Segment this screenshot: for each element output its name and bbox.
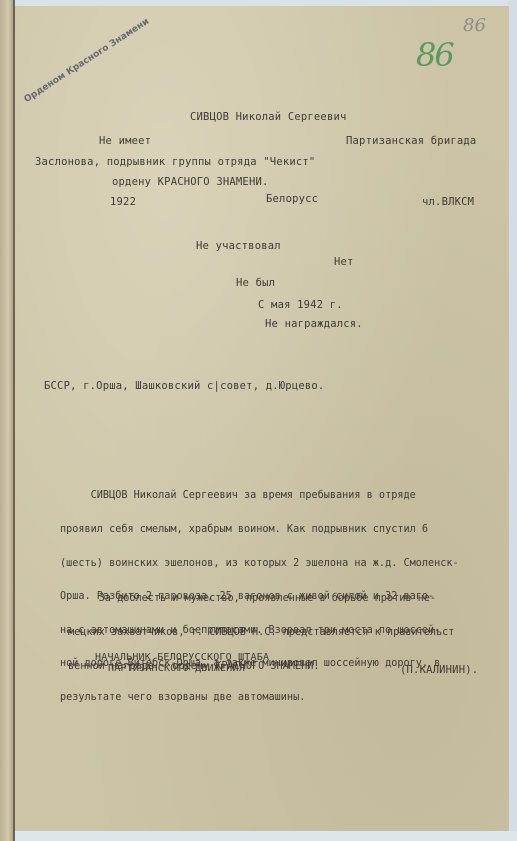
narrative-line: (шесть) воинских эшелонов, из которых 2 … [60, 558, 459, 569]
field-civil-war: Не участвовал [196, 240, 281, 252]
soldier-name: СИВЦОВ Николай Сергеевич [190, 111, 347, 123]
signature-title-line2: ПАРТИЗАНСКОГО ДВИЖЕНИЯ [108, 663, 245, 674]
narrative-line: За доблесть и мужество, проявленные в бо… [68, 593, 454, 604]
field-unit-line1: Партизанская бригада [346, 135, 476, 147]
field-award: ордену КРАСНОГО ЗНАМЕНИ. [112, 176, 269, 188]
narrative-line: СИВЦОВ Николай Сергеевич за время пребыв… [60, 490, 459, 501]
binder-edge [0, 0, 14, 841]
field-service-since: С мая 1942 г. [258, 299, 343, 311]
signature-title-line1: НАЧАЛЬНИК БЕЛОРУССКОГО ШТАБА [95, 652, 269, 663]
field-birth-year: 1922 [110, 196, 136, 208]
narrative-line: проявил себя смелым, храбрым воином. Как… [60, 524, 459, 535]
narrative-line: мецких захватчиков, т. СИВЦОВ Н.С. предс… [68, 627, 454, 638]
field-home-address: БССР, г.Орша, Шашковский с|совет, д.Юрце… [44, 380, 324, 392]
folio-number-pencil: 86 [463, 15, 486, 36]
scan-background-right [508, 0, 517, 841]
field-rank: Не имеет [99, 135, 151, 147]
field-unit-line2: Заслонова, подрывник группы отряда "Чеки… [35, 156, 315, 168]
binding-spine [13, 0, 15, 841]
field-nationality: Белорусс [266, 193, 318, 205]
field-wounds: Нет [334, 256, 354, 268]
field-party: чл.ВЛКСМ [422, 196, 474, 208]
signatory-name: (П.КАЛИНИН). [400, 664, 478, 676]
field-prior-awards: Не награждался. [265, 318, 363, 330]
narrative-line: результате чего взорваны две автомашины. [60, 692, 459, 703]
field-red-army: Не был [236, 277, 275, 289]
scan-background-bottom [15, 831, 517, 841]
folio-number-ink: 86 [416, 36, 453, 74]
